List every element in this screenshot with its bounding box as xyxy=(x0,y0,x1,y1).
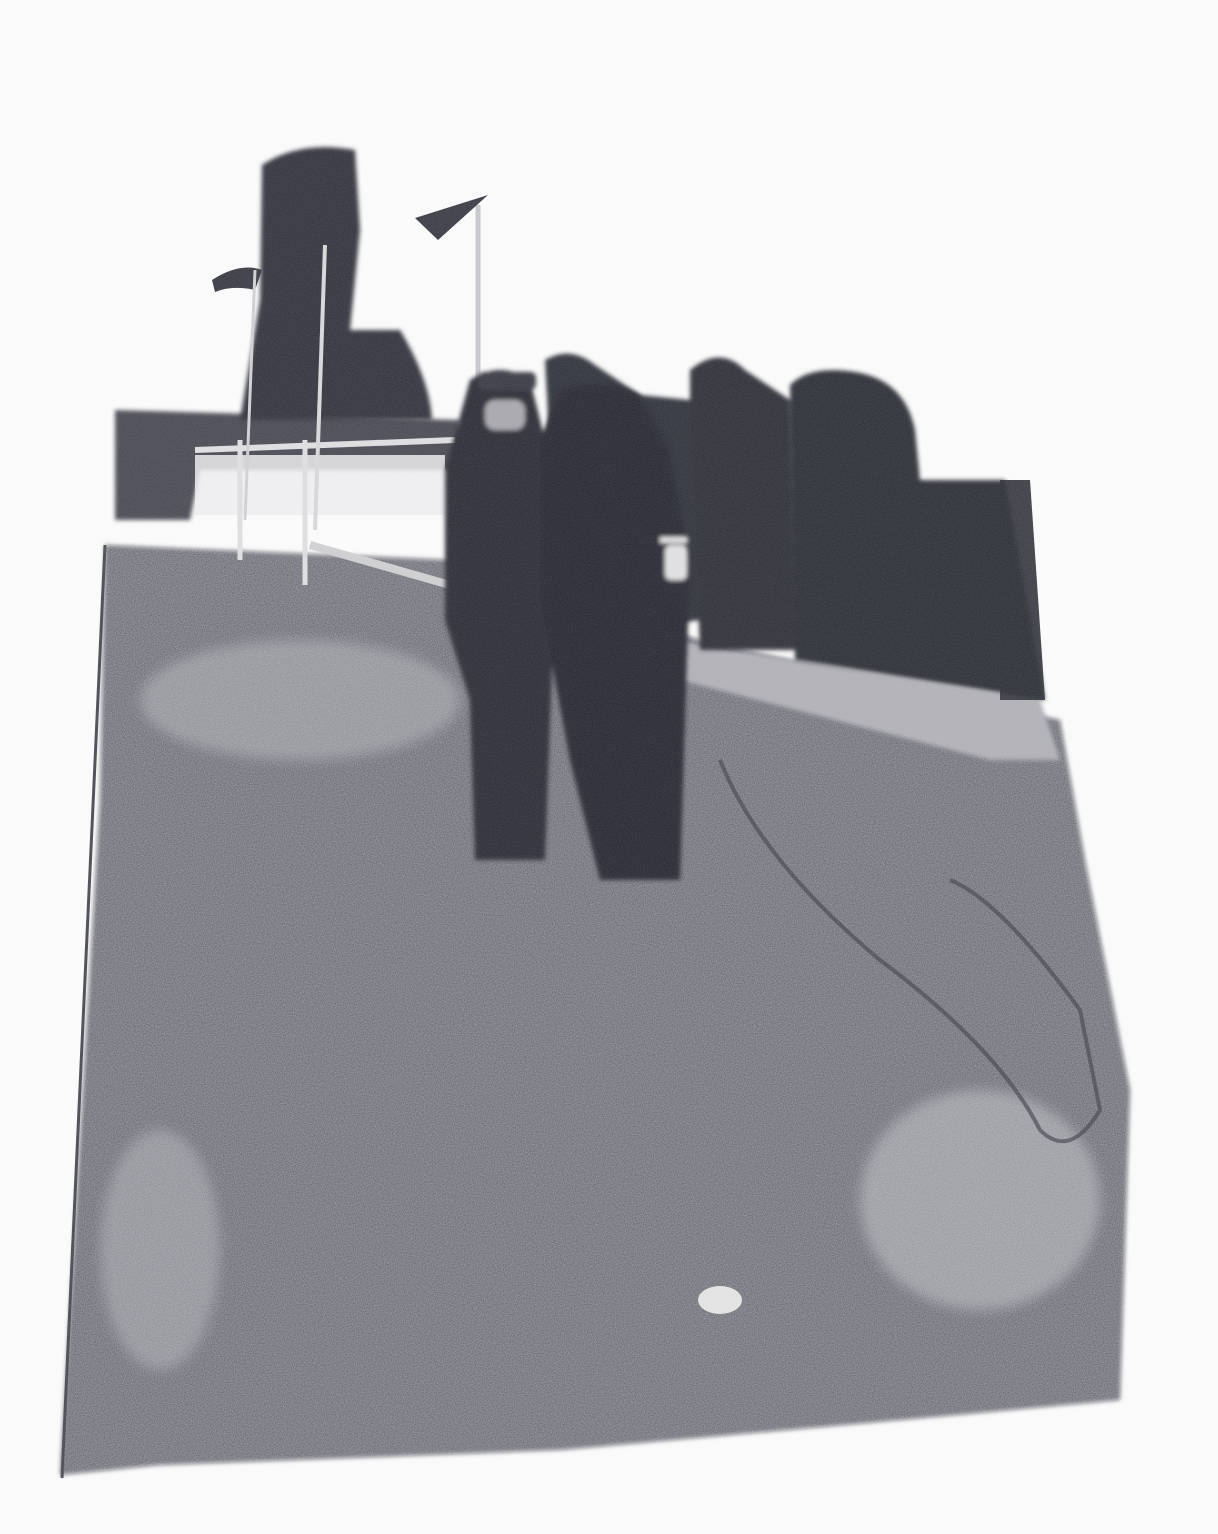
photograph xyxy=(0,0,1218,1534)
